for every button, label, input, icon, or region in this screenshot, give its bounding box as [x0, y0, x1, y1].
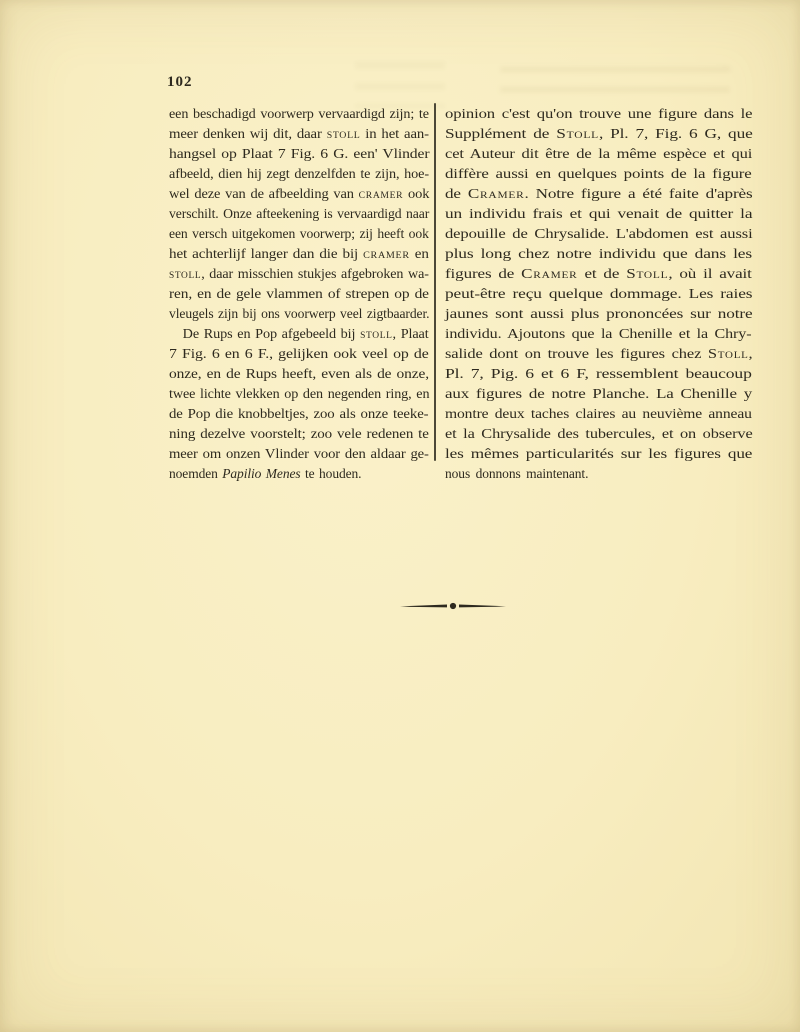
- text-line: opinion c'est qu'on trouve une figure da…: [445, 104, 752, 124]
- text-line: meer om onzen Vlinder voor den aldaar ge…: [169, 444, 429, 464]
- text-line: het achterlijf langer dan die bij cramer…: [169, 244, 429, 264]
- text-line: individu. Ajoutons que la Chenille et la…: [445, 324, 751, 344]
- text-line: les mêmes particularités sur les figures…: [445, 444, 752, 464]
- page-number: 102: [167, 74, 193, 91]
- text-line: nous donnons maintenant.: [445, 464, 588, 484]
- species-name-italic: Papilio Menes: [222, 466, 300, 481]
- small-caps-name: Stoll: [556, 126, 599, 141]
- text-line: plus long chez notre individu que dans l…: [445, 244, 752, 264]
- left-column-dutch-text: een beschadigd voorwerp vervaardigd zijn…: [169, 104, 429, 484]
- text-line: De Rups en Pop afgebeeld bij stoll, Plaa…: [169, 324, 429, 344]
- text-line: figures de Cramer et de Stoll, où il ava…: [445, 264, 752, 284]
- text-line: hangsel op Plaat 7 Fig. 6 G. een' Vlinde…: [169, 144, 429, 164]
- book-page: 102 een beschadigd voorwerp vervaardigd …: [0, 0, 800, 1032]
- right-column-french-text: opinion c'est qu'on trouve une figure da…: [445, 104, 752, 484]
- small-caps-name: cramer: [363, 246, 410, 261]
- text-line: jaunes sont aussi plus prononcées sur no…: [445, 304, 752, 324]
- small-caps-name: Stoll: [626, 266, 668, 281]
- small-caps-name: Cramer: [521, 266, 577, 281]
- text-line: peut-être reçu quelque dommage. Les raie…: [445, 284, 752, 304]
- column-divider-rule: [434, 103, 436, 461]
- text-line: Pl. 7, Pig. 6 et 6 F, ressemblent beauco…: [445, 364, 752, 384]
- text-line: de Cramer. Notre figure a été faite d'ap…: [445, 184, 753, 204]
- text-line: een versch uitgekomen voorwerp; zij heef…: [169, 224, 429, 244]
- text-line: diffère aussi en quelques points de la f…: [445, 164, 752, 184]
- text-line: 7 Fig. 6 en 6 F., gelijken ook veel op d…: [169, 344, 429, 364]
- text-line: meer denken wij dit, daar stoll in het a…: [169, 124, 429, 144]
- text-line: vleugels zijn bij ons voorwerp veel zigt…: [169, 304, 429, 324]
- text-line: onze, en de Rups heeft, even als de onze…: [169, 364, 429, 384]
- text-line: un individu frais et qui venait de quitt…: [445, 204, 752, 224]
- text-line: depouille de Chrysalide. L'abdomen est a…: [445, 224, 753, 244]
- text-line: Supplément de Stoll, Pl. 7, Fig. 6 G, qu…: [445, 124, 753, 144]
- small-caps-name: stoll: [360, 326, 392, 341]
- small-caps-name: cramer: [359, 186, 404, 201]
- text-line: stoll, daar misschien stukjes afgebroken…: [169, 264, 429, 284]
- text-line: aux figures de notre Planche. La Chenill…: [445, 384, 752, 404]
- bleed-through-smudge: [355, 62, 445, 108]
- text-line: salide dont on trouve les figures chez S…: [445, 344, 753, 364]
- bleed-through-smudge: [500, 66, 730, 106]
- text-line: ren, en de gele vlammen of strepen op de: [169, 284, 429, 304]
- small-caps-name: Cramer: [468, 186, 525, 201]
- text-line: verschilt. Onze afteekening is vervaardi…: [169, 204, 429, 224]
- text-line: de Pop die knobbeltjes, zoo als onze tee…: [169, 404, 428, 424]
- text-line: cet Auteur dit être de la même espèce et…: [445, 144, 752, 164]
- text-line: ning dezelve voorstelt; zoo vele redenen…: [169, 424, 429, 444]
- small-caps-name: Stoll: [708, 346, 749, 361]
- text-line: afbeeld, dien hij zegt denzelfden te zij…: [169, 164, 429, 184]
- section-divider-ornament: [400, 597, 506, 605]
- text-line: wel deze van de afbeelding van cramer oo…: [169, 184, 429, 204]
- text-line: twee lichte vlekken op den negenden ring…: [169, 384, 429, 404]
- text-line: een beschadigd voorwerp vervaardigd zijn…: [169, 104, 429, 124]
- small-caps-name: stoll: [169, 266, 201, 281]
- small-caps-name: stoll: [327, 126, 361, 141]
- text-line: et la Chrysalide des tubercules, et on o…: [445, 424, 753, 444]
- text-line: noemden Papilio Menes te houden.: [169, 464, 361, 484]
- text-line: montre deux taches claires au neuvième a…: [445, 404, 752, 424]
